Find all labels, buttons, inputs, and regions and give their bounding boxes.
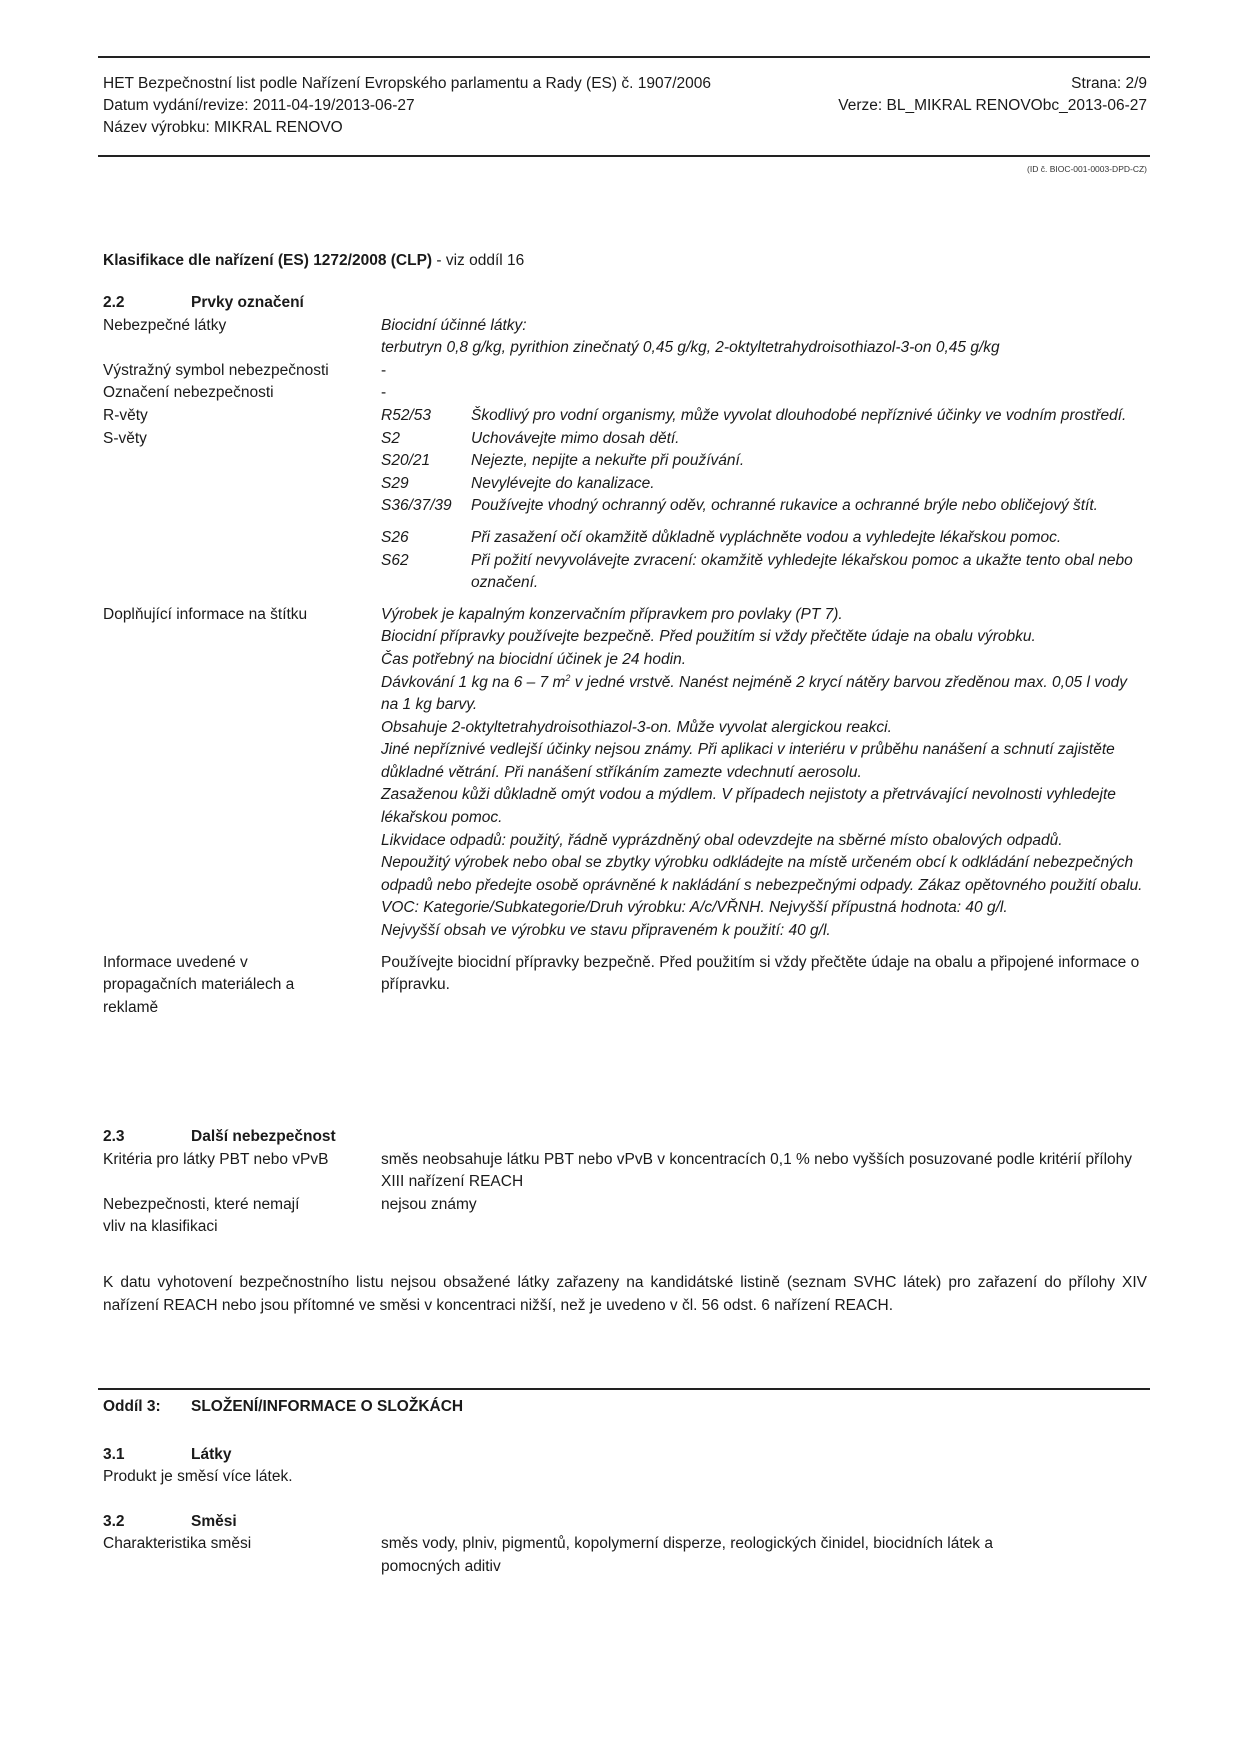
phrase-text: Uchovávejte mimo dosah dětí. bbox=[471, 428, 1147, 451]
field-label: Označení nebezpečnosti bbox=[103, 382, 381, 405]
s-phrase: S2 Uchovávejte mimo dosah dětí. bbox=[381, 428, 1147, 451]
phrase-text: Při požití nevyvolávejte zvracení: okamž… bbox=[471, 550, 1147, 595]
substances-text: Produkt je směsí více látek. bbox=[103, 1466, 1147, 1489]
supplementary-info-row: Doplňující informace na štítku Výrobek j… bbox=[103, 604, 1147, 943]
field-value: Biocidní účinné látky: bbox=[381, 315, 1147, 338]
field-value: - bbox=[381, 382, 1147, 405]
section-title: SLOŽENÍ/INFORMACE O SLOŽKÁCH bbox=[191, 1396, 463, 1419]
phrase-text: Nevylévejte do kanalizace. bbox=[471, 473, 1147, 496]
info-line: Jiné nepříznivé vedlejší účinky nejsou z… bbox=[381, 739, 1147, 784]
section-number: 3.1 bbox=[103, 1444, 191, 1467]
field-value: - bbox=[381, 360, 1147, 383]
id-reference: (ID č. BIOC-001-0003-DPD-CZ) bbox=[1027, 164, 1147, 174]
section-2-2: 2.2 Prvky označení Nebezpečné látky Bioc… bbox=[103, 292, 1147, 1019]
section-2-3: 2.3 Další nebezpečnost Kritéria pro látk… bbox=[103, 1126, 1147, 1239]
s-phrase: S26 Při zasažení očí okamžitě důkladně v… bbox=[381, 527, 1147, 550]
section-number: 2.3 bbox=[103, 1126, 191, 1149]
section-title: Látky bbox=[191, 1444, 232, 1467]
field-label: Nebezpečnosti, které nemají vliv na klas… bbox=[103, 1194, 323, 1239]
phrase-code: S26 bbox=[381, 527, 471, 550]
info-line: Likvidace odpadů: použitý, řádně vyprázd… bbox=[381, 830, 1147, 853]
section-3-heading: Oddíl 3: SLOŽENÍ/INFORMACE O SLOŽKÁCH bbox=[103, 1396, 1147, 1419]
info-line: Obsahuje 2-oktyltetrahydroisothiazol-3-o… bbox=[381, 717, 1147, 740]
section-number: 3.2 bbox=[103, 1511, 191, 1534]
r-phrases-row: R-věty R52/53 Škodlivý pro vodní organis… bbox=[103, 405, 1147, 428]
field-label: Charakteristika směsi bbox=[103, 1533, 381, 1578]
field-value: nejsou známy bbox=[381, 1194, 1147, 1239]
pbt-row: Kritéria pro látky PBT nebo vPvB směs ne… bbox=[103, 1149, 1147, 1194]
field-label: Nebezpečné látky bbox=[103, 315, 381, 360]
phrase-text: Nejezte, nepijte a nekuřte při používání… bbox=[471, 450, 1147, 473]
s-phrase: S36/37/39 Používejte vhodný ochranný odě… bbox=[381, 495, 1147, 518]
mixture-characteristics-row: Charakteristika směsi směs vody, plniv, … bbox=[103, 1533, 1147, 1578]
phrase-text: Používejte vhodný ochranný oděv, ochrann… bbox=[471, 495, 1147, 518]
field-label: Výstražný symbol nebezpečnosti bbox=[103, 360, 381, 383]
section-title: Směsi bbox=[191, 1511, 237, 1534]
field-value: směs neobsahuje látku PBT nebo vPvB v ko… bbox=[381, 1149, 1147, 1194]
classification-rest: - viz oddíl 16 bbox=[432, 252, 524, 269]
field-value: terbutryn 0,8 g/kg, pyrithion zinečnatý … bbox=[381, 337, 1147, 360]
page-header: HET Bezpečnostní list podle Nařízení Evr… bbox=[103, 73, 1147, 139]
issue-date: Datum vydání/revize: 2011-04-19/2013-06-… bbox=[103, 95, 415, 117]
other-hazards-row: Nebezpečnosti, které nemají vliv na klas… bbox=[103, 1194, 1147, 1239]
dosage-line: Dávkování 1 kg na 6 – 7 m2 v jedné vrstv… bbox=[381, 672, 1147, 717]
phrase-text: Škodlivý pro vodní organismy, může vyvol… bbox=[471, 405, 1147, 428]
section-title: Další nebezpečnost bbox=[191, 1126, 336, 1149]
document-page: HET Bezpečnostní list podle Nařízení Evr… bbox=[0, 0, 1240, 1754]
r-phrase: R52/53 Škodlivý pro vodní organismy, můž… bbox=[381, 405, 1147, 428]
subsection-3-2-heading: 3.2 Směsi bbox=[103, 1511, 1147, 1534]
phrase-code: S36/37/39 bbox=[381, 495, 471, 518]
classification-note: Klasifikace dle nařízení (ES) 1272/2008 … bbox=[103, 250, 1147, 273]
field-label: Kritéria pro látky PBT nebo vPvB bbox=[103, 1149, 381, 1194]
field-label: Informace uvedené v propagačních materiá… bbox=[103, 952, 303, 1020]
phrase-code: S62 bbox=[381, 550, 471, 595]
field-label: Doplňující informace na štítku bbox=[103, 604, 381, 943]
info-line: Výrobek je kapalným konzervačním příprav… bbox=[381, 604, 1147, 627]
s-phrase: S20/21 Nejezte, nepijte a nekuřte při po… bbox=[381, 450, 1147, 473]
section-3-rule bbox=[98, 1388, 1150, 1390]
section-heading: 2.3 Další nebezpečnost bbox=[103, 1126, 1147, 1149]
version: Verze: BL_MIKRAL RENOVObc_2013-06-27 bbox=[838, 95, 1147, 117]
classification-bold: Klasifikace dle nařízení (ES) 1272/2008 … bbox=[103, 252, 432, 269]
promo-info-row: Informace uvedené v propagačních materiá… bbox=[103, 952, 1147, 1020]
header-bottom-rule bbox=[98, 155, 1150, 157]
field-value: směs vody, plniv, pigmentů, kopolymerní … bbox=[381, 1533, 1147, 1578]
info-line: VOC: Kategorie/Subkategorie/Druh výrobku… bbox=[381, 897, 1147, 920]
document-title: HET Bezpečnostní list podle Nařízení Evr… bbox=[103, 73, 711, 95]
phrase-text: Při zasažení očí okamžitě důkladně vyplá… bbox=[471, 527, 1147, 550]
s-phrase: S29 Nevylévejte do kanalizace. bbox=[381, 473, 1147, 496]
field-label: R-věty bbox=[103, 405, 381, 428]
section-3: Oddíl 3: SLOŽENÍ/INFORMACE O SLOŽKÁCH 3.… bbox=[103, 1396, 1147, 1579]
info-line: Zasaženou kůži důkladně omýt vodou a mýd… bbox=[381, 784, 1147, 829]
product-name: Název výrobku: MIKRAL RENOVO bbox=[103, 117, 343, 139]
section-label: Oddíl 3: bbox=[103, 1396, 191, 1419]
section-title: Prvky označení bbox=[191, 292, 304, 315]
info-line: Nejvyšší obsah ve výrobku ve stavu připr… bbox=[381, 920, 1147, 943]
field-label: S-věty bbox=[103, 428, 381, 595]
hazardous-substances-row: Nebezpečné látky Biocidní účinné látky: … bbox=[103, 315, 1147, 360]
phrase-code: S2 bbox=[381, 428, 471, 451]
phrase-code: S20/21 bbox=[381, 450, 471, 473]
hazard-symbol-row: Výstražný symbol nebezpečnosti - bbox=[103, 360, 1147, 383]
dosage-text: Dávkování 1 kg na 6 – 7 m bbox=[381, 674, 565, 691]
s-phrases-row: S-věty S2 Uchovávejte mimo dosah dětí. S… bbox=[103, 428, 1147, 595]
section-heading: 2.2 Prvky označení bbox=[103, 292, 1147, 315]
s-phrase: S62 Při požití nevyvolávejte zvracení: o… bbox=[381, 550, 1147, 595]
page-number: Strana: 2/9 bbox=[1071, 73, 1147, 95]
info-line: Nepoužitý výrobek nebo obal se zbytky vý… bbox=[381, 852, 1147, 897]
phrase-code: S29 bbox=[381, 473, 471, 496]
hazard-indication-row: Označení nebezpečnosti - bbox=[103, 382, 1147, 405]
svhc-note: K datu vyhotovení bezpečnostního listu n… bbox=[103, 1272, 1147, 1317]
section-number: 2.2 bbox=[103, 292, 191, 315]
field-value: Používejte biocidní přípravky bezpečně. … bbox=[381, 952, 1147, 1020]
phrase-code: R52/53 bbox=[381, 405, 471, 428]
subsection-3-1-heading: 3.1 Látky bbox=[103, 1444, 1147, 1467]
info-line: Biocidní přípravky používejte bezpečně. … bbox=[381, 626, 1147, 649]
header-top-rule bbox=[98, 56, 1150, 58]
info-line: Čas potřebný na biocidní účinek je 24 ho… bbox=[381, 649, 1147, 672]
